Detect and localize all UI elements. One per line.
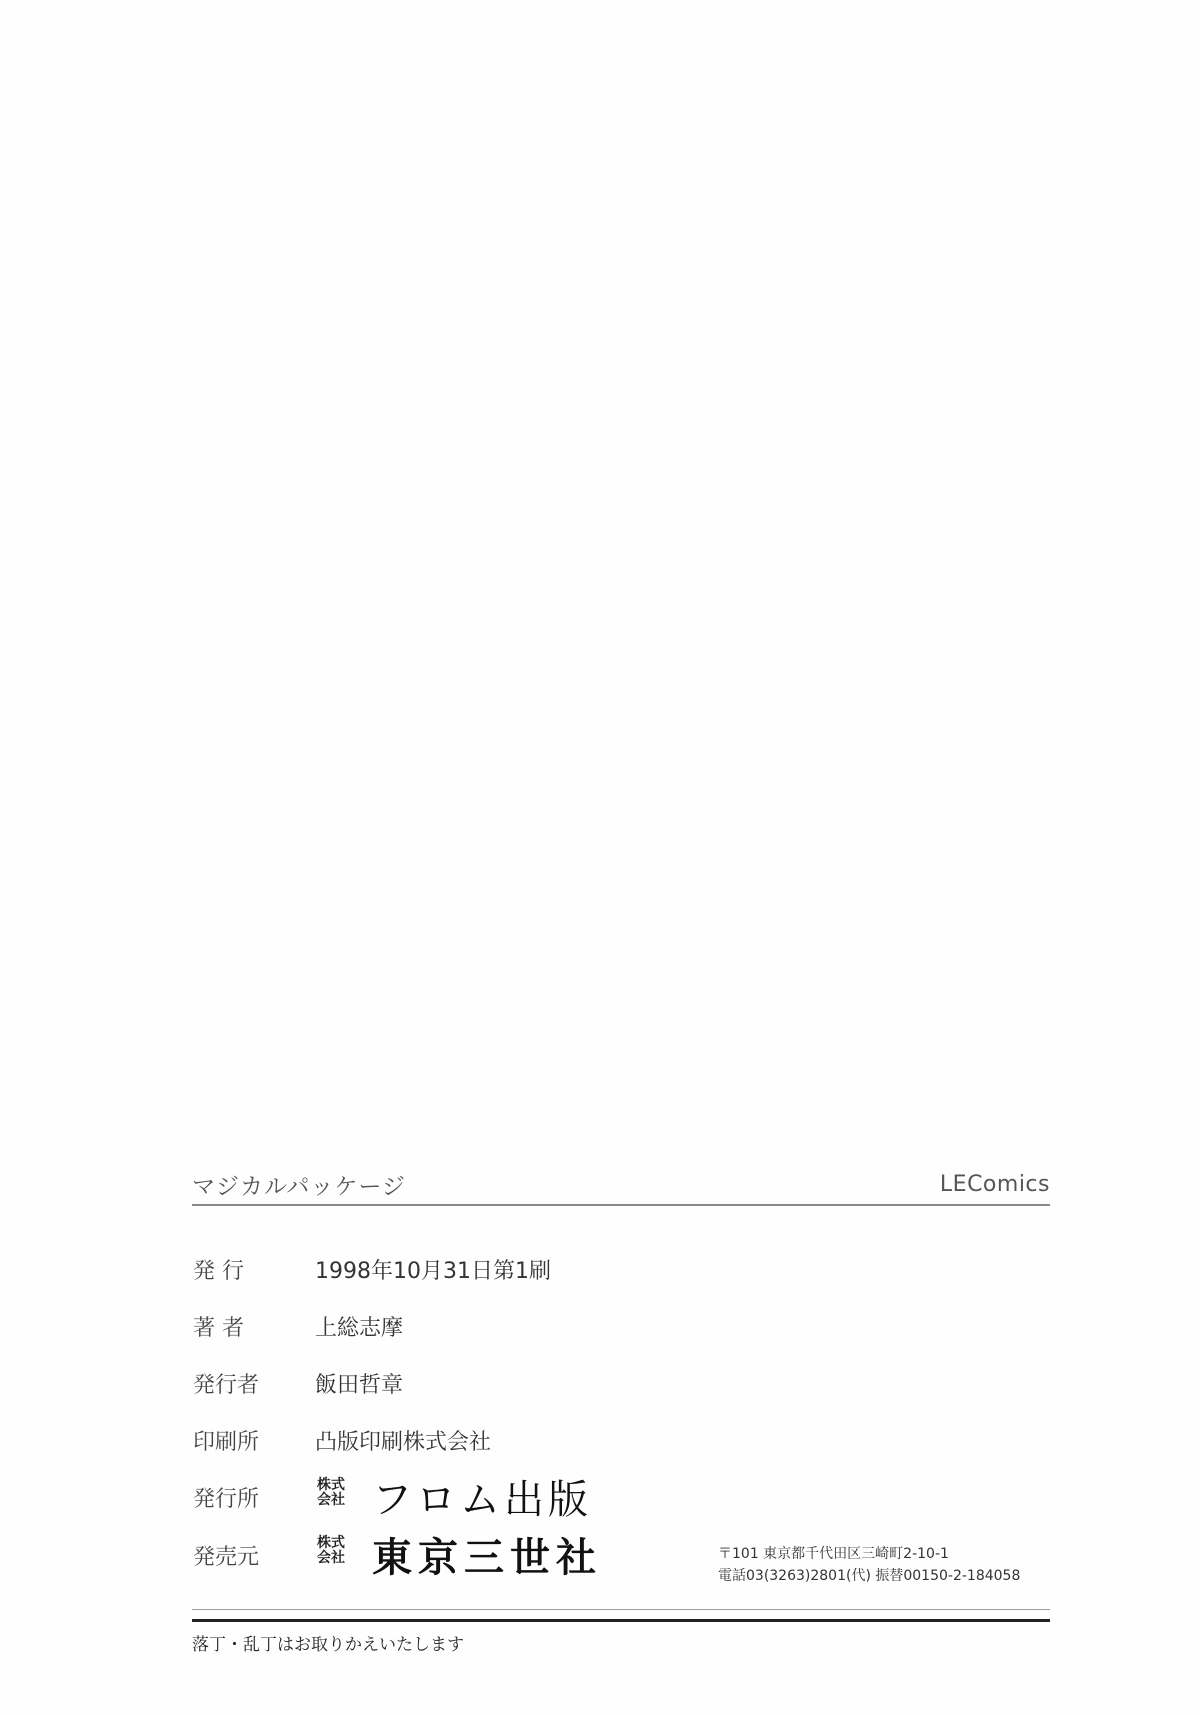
value-publishing-house: フロム出版 [372,1468,592,1525]
bottom-thick-rule-divider [192,1619,1050,1622]
company-prefix-publishing-house: 株式会社 [317,1478,351,1508]
label-printer: 印刷所 [193,1425,259,1456]
label-publication-date: 発 行 [193,1254,244,1285]
label-publisher-person: 発行者 [193,1368,259,1399]
address-phone: 電話03(3263)2801(代) 振替00150-2-184058 [718,1565,1020,1587]
label-distributor: 発売元 [193,1540,259,1571]
bottom-thin-rule-divider [192,1609,1050,1610]
footer-note: 落丁・乱丁はお取りかえいたします [192,1630,464,1655]
top-rule-divider [192,1204,1050,1206]
series-label: LEComics [940,1172,1050,1197]
value-author: 上総志摩 [315,1311,403,1342]
address-postal: 〒101 東京都千代田区三崎町2-10-1 [718,1543,949,1565]
label-publishing-house: 発行所 [193,1482,259,1513]
value-printer: 凸版印刷株式会社 [315,1425,491,1456]
label-author: 著 者 [193,1311,244,1342]
book-title: マジカルパッケージ [192,1168,406,1201]
value-publisher-person: 飯田哲章 [315,1368,403,1399]
company-prefix-distributor: 株式会社 [317,1536,351,1566]
value-publication-date: 1998年10月31日第1刷 [315,1254,551,1285]
value-distributor: 東京三世社 [372,1526,602,1583]
